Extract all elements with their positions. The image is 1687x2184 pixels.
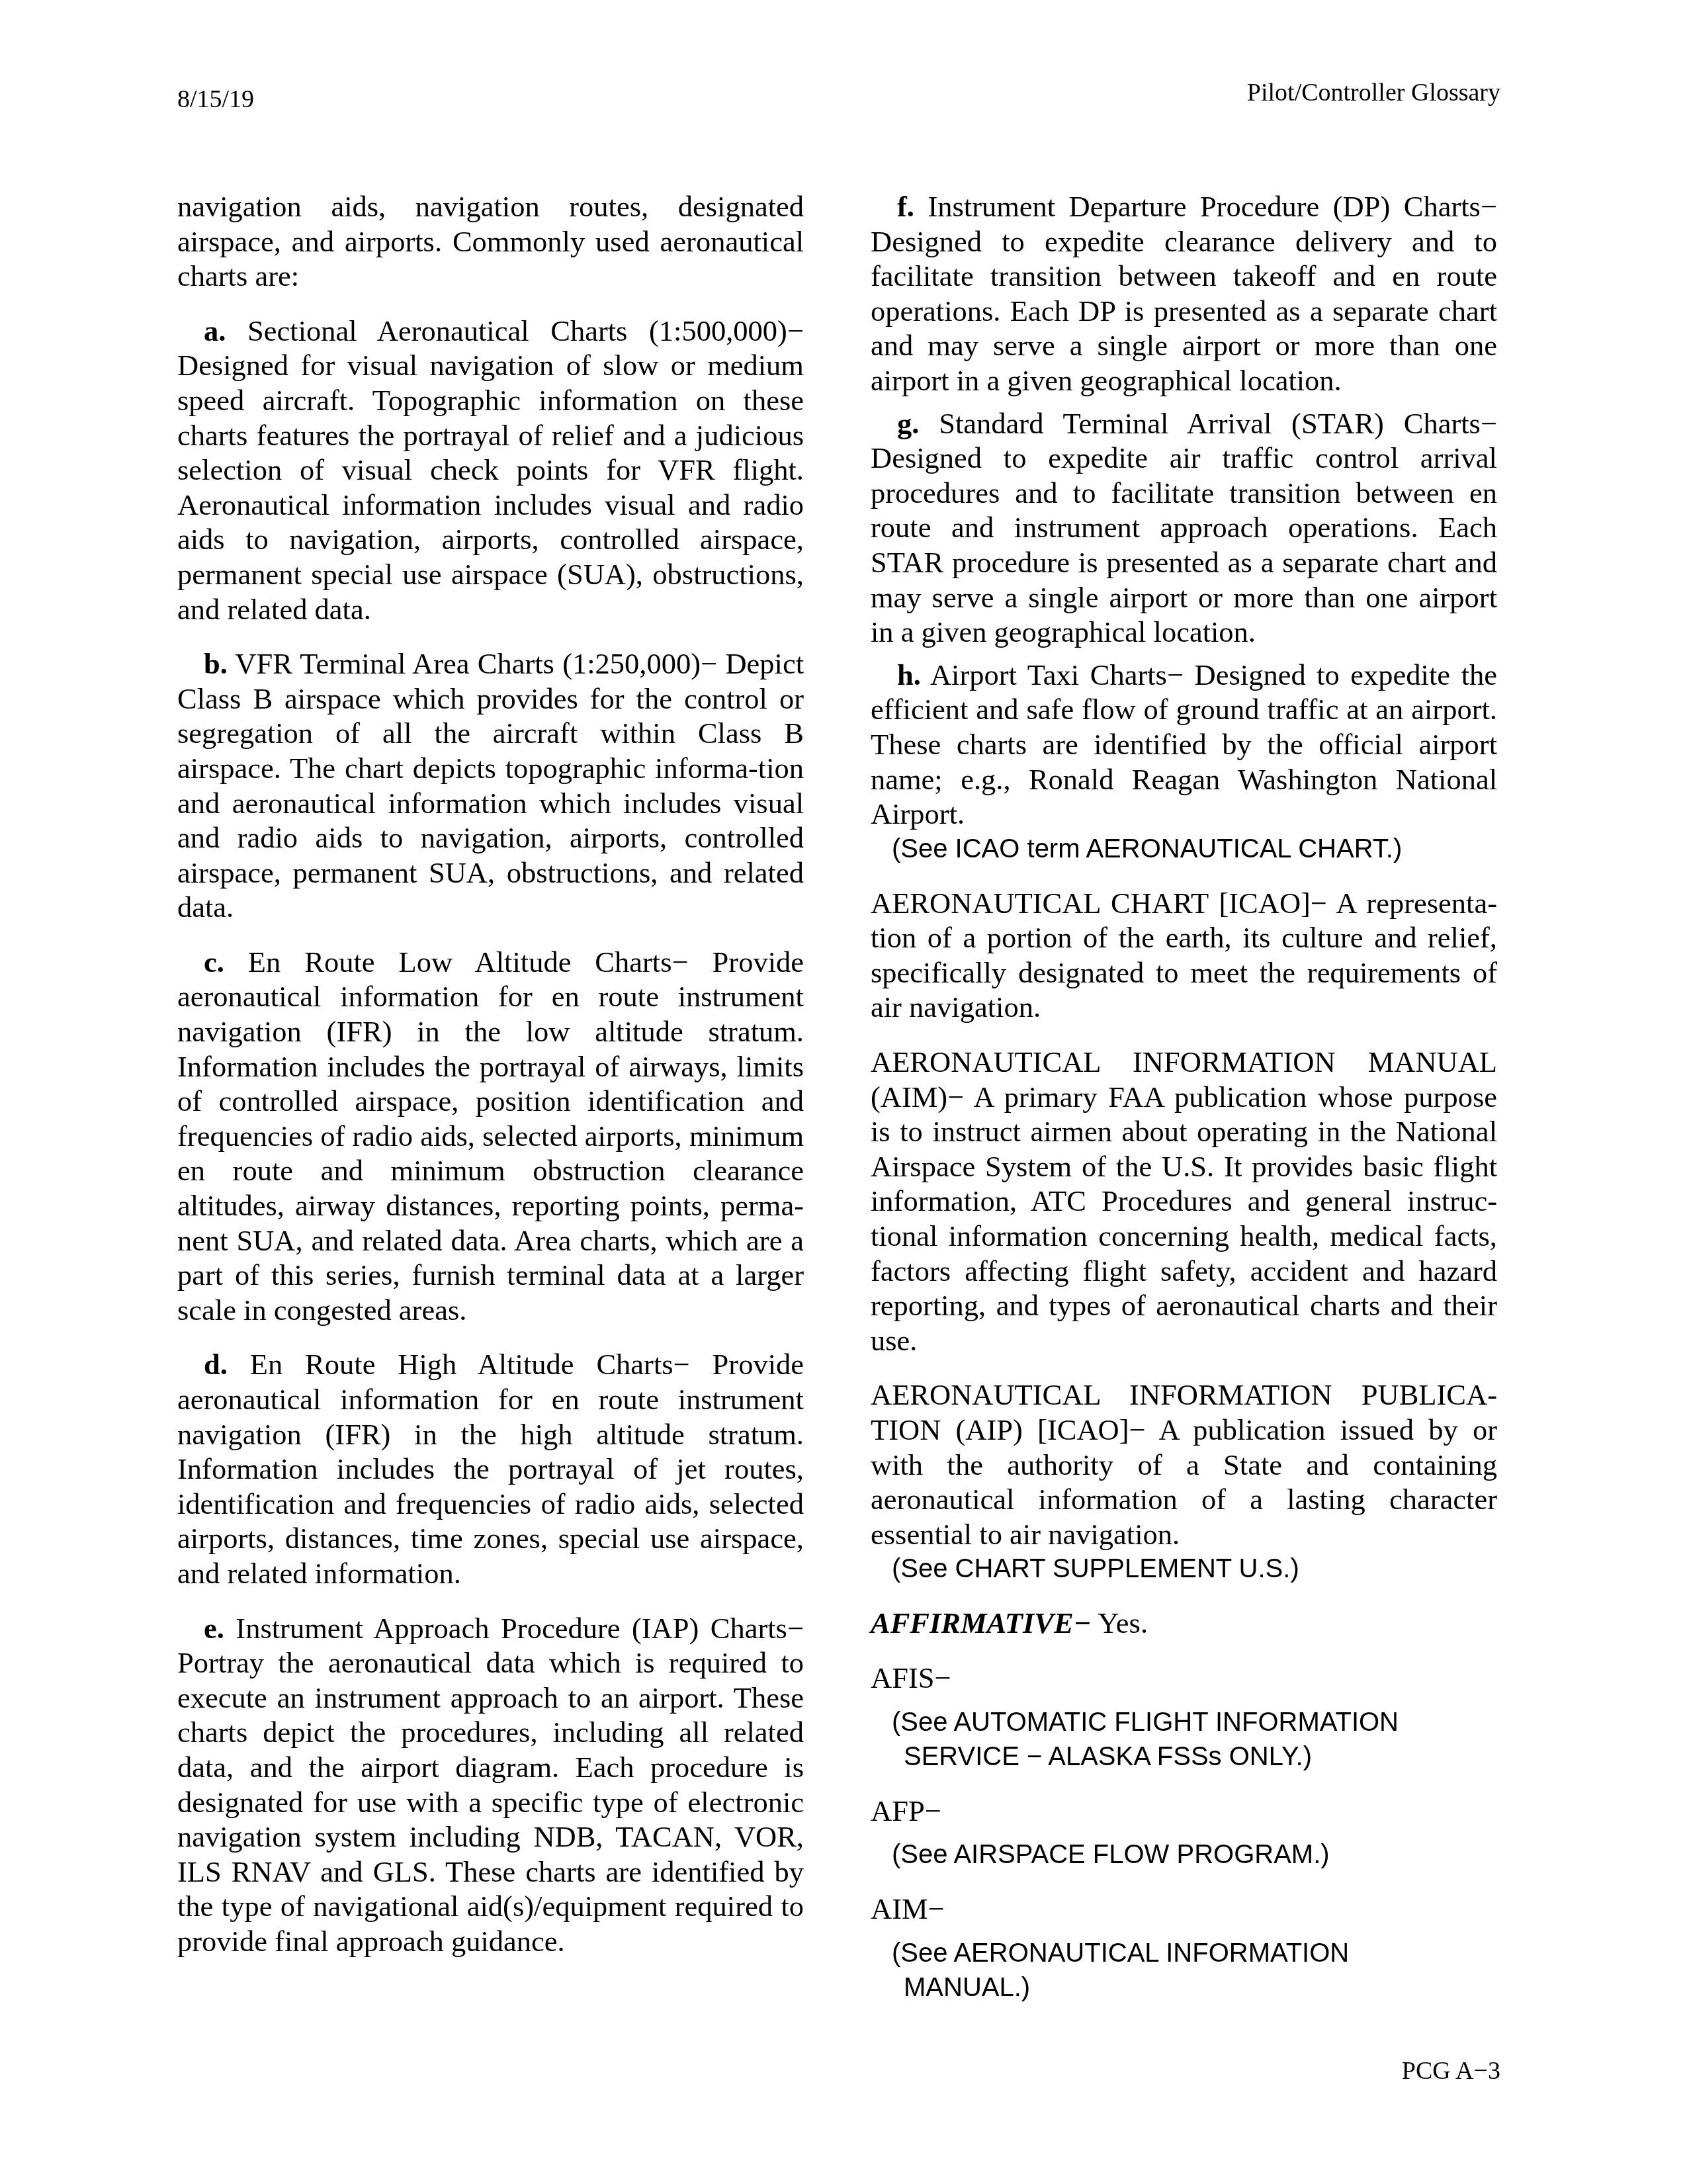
glossary-term: AFP− xyxy=(871,1794,941,1827)
see-reference-aim[interactable]: (See AERONAUTICAL INFORMATION MANUAL.) xyxy=(871,1936,1406,2005)
item-text: Instrument Departure Procedure (DP) Char… xyxy=(871,190,1497,397)
item-text: En Route High Altitude Charts− Provide a… xyxy=(177,1348,804,1590)
chart-item-f: f. Instrument Departure Procedure (DP) C… xyxy=(871,189,1497,398)
see-reference-afp[interactable]: (See AIRSPACE FLOW PROGRAM.) xyxy=(871,1837,1497,1872)
glossary-definition: Yes. xyxy=(1098,1606,1148,1639)
chart-item-c: c. En Route Low Altitude Charts− Provide… xyxy=(177,945,804,1328)
chart-item-e: e. Instrument Approach Procedure (IAP) C… xyxy=(177,1611,804,1959)
item-text: En Route Low Altitude Charts− Provide ae… xyxy=(177,945,804,1327)
item-label: a. xyxy=(204,314,226,347)
see-reference-afis[interactable]: (See AUTOMATIC FLIGHT INFORMATION SERVIC… xyxy=(871,1705,1420,1774)
glossary-entry-aeronautical-chart: AERONAUTICAL CHART [ICAO]− A representa-… xyxy=(871,886,1497,1025)
chart-item-b: b. VFR Terminal Area Charts (1:250,000)−… xyxy=(177,646,804,925)
glossary-term: AERONAUTICAL CHART [ICAO]− xyxy=(871,887,1327,920)
item-label: e. xyxy=(204,1612,224,1645)
item-label: d. xyxy=(204,1348,228,1381)
glossary-entry-aim: AERONAUTICAL INFORMATION MANUAL (AIM)− A… xyxy=(871,1045,1497,1358)
glossary-term: AIM− xyxy=(871,1892,945,1925)
item-label: c. xyxy=(204,945,224,979)
glossary-entry-aip: AERONAUTICAL INFORMATION PUBLICA-TION (A… xyxy=(871,1377,1497,1551)
glossary-entry-afp: AFP− xyxy=(871,1794,1497,1829)
item-label: h. xyxy=(897,658,921,691)
item-label: b. xyxy=(204,647,228,680)
chart-item-a: a. Sectional Aeronautical Charts (1:500,… xyxy=(177,314,804,627)
chart-item-g: g. Standard Terminal Arrival (STAR) Char… xyxy=(871,406,1497,650)
glossary-term: AFIS− xyxy=(871,1661,951,1694)
glossary-entry-affirmative: AFFIRMATIVE− Yes. xyxy=(871,1606,1497,1641)
glossary-entry-afis: AFIS− xyxy=(871,1661,1497,1696)
page-number: PCG A−3 xyxy=(1402,2056,1500,2085)
item-label: f. xyxy=(897,190,914,223)
see-reference-chart-supplement[interactable]: (See CHART SUPPLEMENT U.S.) xyxy=(871,1551,1497,1586)
item-label: g. xyxy=(897,407,919,440)
glossary-term: AFFIRMATIVE− xyxy=(871,1606,1092,1639)
chart-item-d: d. En Route High Altitude Charts− Provid… xyxy=(177,1347,804,1591)
item-text: Instrument Approach Procedure (IAP) Char… xyxy=(177,1612,804,1958)
see-reference-icao-chart[interactable]: (See ICAO term AERONAUTICAL CHART.) xyxy=(871,832,1497,866)
glossary-entry-aim-short: AIM− xyxy=(871,1892,1497,1927)
item-text: Airport Taxi Charts− Designed to expedit… xyxy=(871,658,1497,830)
header-date: 8/15/19 xyxy=(177,85,254,114)
chart-item-h: h. Airport Taxi Charts− Designed to expe… xyxy=(871,658,1497,832)
left-column: navigation aids, navigation routes, desi… xyxy=(177,189,804,1959)
item-text: VFR Terminal Area Charts (1:250,000)− De… xyxy=(177,647,804,924)
header-title: Pilot/Controller Glossary xyxy=(1247,78,1500,107)
glossary-definition: A primary FAA publication whose purpose … xyxy=(871,1080,1497,1357)
right-column: f. Instrument Departure Procedure (DP) C… xyxy=(871,189,1497,2005)
item-text: Standard Terminal Arrival (STAR) Charts−… xyxy=(871,407,1497,649)
intro-paragraph: navigation aids, navigation routes, desi… xyxy=(177,189,804,294)
item-text: Sectional Aeronautical Charts (1:500,000… xyxy=(177,314,804,626)
